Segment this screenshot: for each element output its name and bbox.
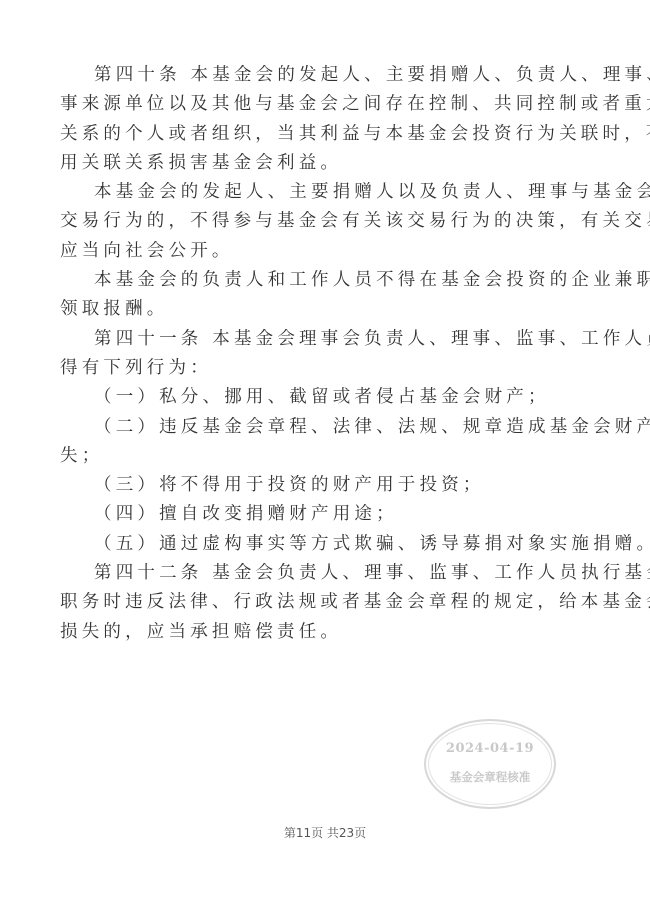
list-item: （三）将不得用于投资的财产用于投资；	[60, 471, 584, 500]
list-item: （四）擅自改变捐赠财产用途；	[60, 500, 584, 529]
text-line: 第四十一条 本基金会理事会负责人、理事、监事、工作人员不	[60, 325, 584, 354]
text-line: 交易行为的，不得参与基金会有关该交易行为的决策，有关交易情况	[60, 207, 584, 236]
text-line: 损失的，应当承担赔偿责任。	[60, 618, 584, 647]
text-line: 第四十条 本基金会的发起人、主要捐赠人、负责人、理事、理	[60, 61, 584, 90]
list-item: （二）违反基金会章程、法律、法规、规章造成基金会财产损	[60, 413, 584, 442]
stamp-label: 基金会章程核准	[426, 769, 554, 785]
approval-stamp: 2024-04-19 基金会章程核准	[424, 719, 556, 809]
page-indicator: 第11页 共23页	[0, 824, 650, 841]
text-line: 关系的个人或者组织，当其利益与本基金会投资行为关联时，不得利	[60, 120, 584, 149]
text-line: 失；	[60, 442, 584, 471]
text-line: 本基金会的发起人、主要捐赠人以及负责人、理事与基金会发生	[60, 178, 584, 207]
list-item: （五）通过虚构事实等方式欺骗、诱导募捐对象实施捐赠。	[60, 530, 584, 559]
text-line: 本基金会的负责人和工作人员不得在基金会投资的企业兼职或者	[60, 266, 584, 295]
list-item: （一）私分、挪用、截留或者侵占基金会财产；	[60, 383, 584, 412]
text-line: 领取报酬。	[60, 295, 584, 324]
text-line: 事来源单位以及其他与基金会之间存在控制、共同控制或者重大影响	[60, 90, 584, 119]
text-line: 应当向社会公开。	[60, 237, 584, 266]
text-line: 职务时违反法律、行政法规或者基金会章程的规定，给本基金会造成	[60, 588, 584, 617]
document-page: 第四十条 本基金会的发起人、主要捐赠人、负责人、理事、理 事来源单位以及其他与基…	[0, 0, 650, 920]
text-line: 得有下列行为：	[60, 354, 584, 383]
text-line: 用关联关系损害基金会利益。	[60, 149, 584, 178]
text-line: 第四十二条 基金会负责人、理事、监事、工作人员执行基金会	[60, 559, 584, 588]
document-body: 第四十条 本基金会的发起人、主要捐赠人、负责人、理事、理 事来源单位以及其他与基…	[60, 61, 584, 647]
stamp-date: 2024-04-19	[426, 741, 554, 756]
